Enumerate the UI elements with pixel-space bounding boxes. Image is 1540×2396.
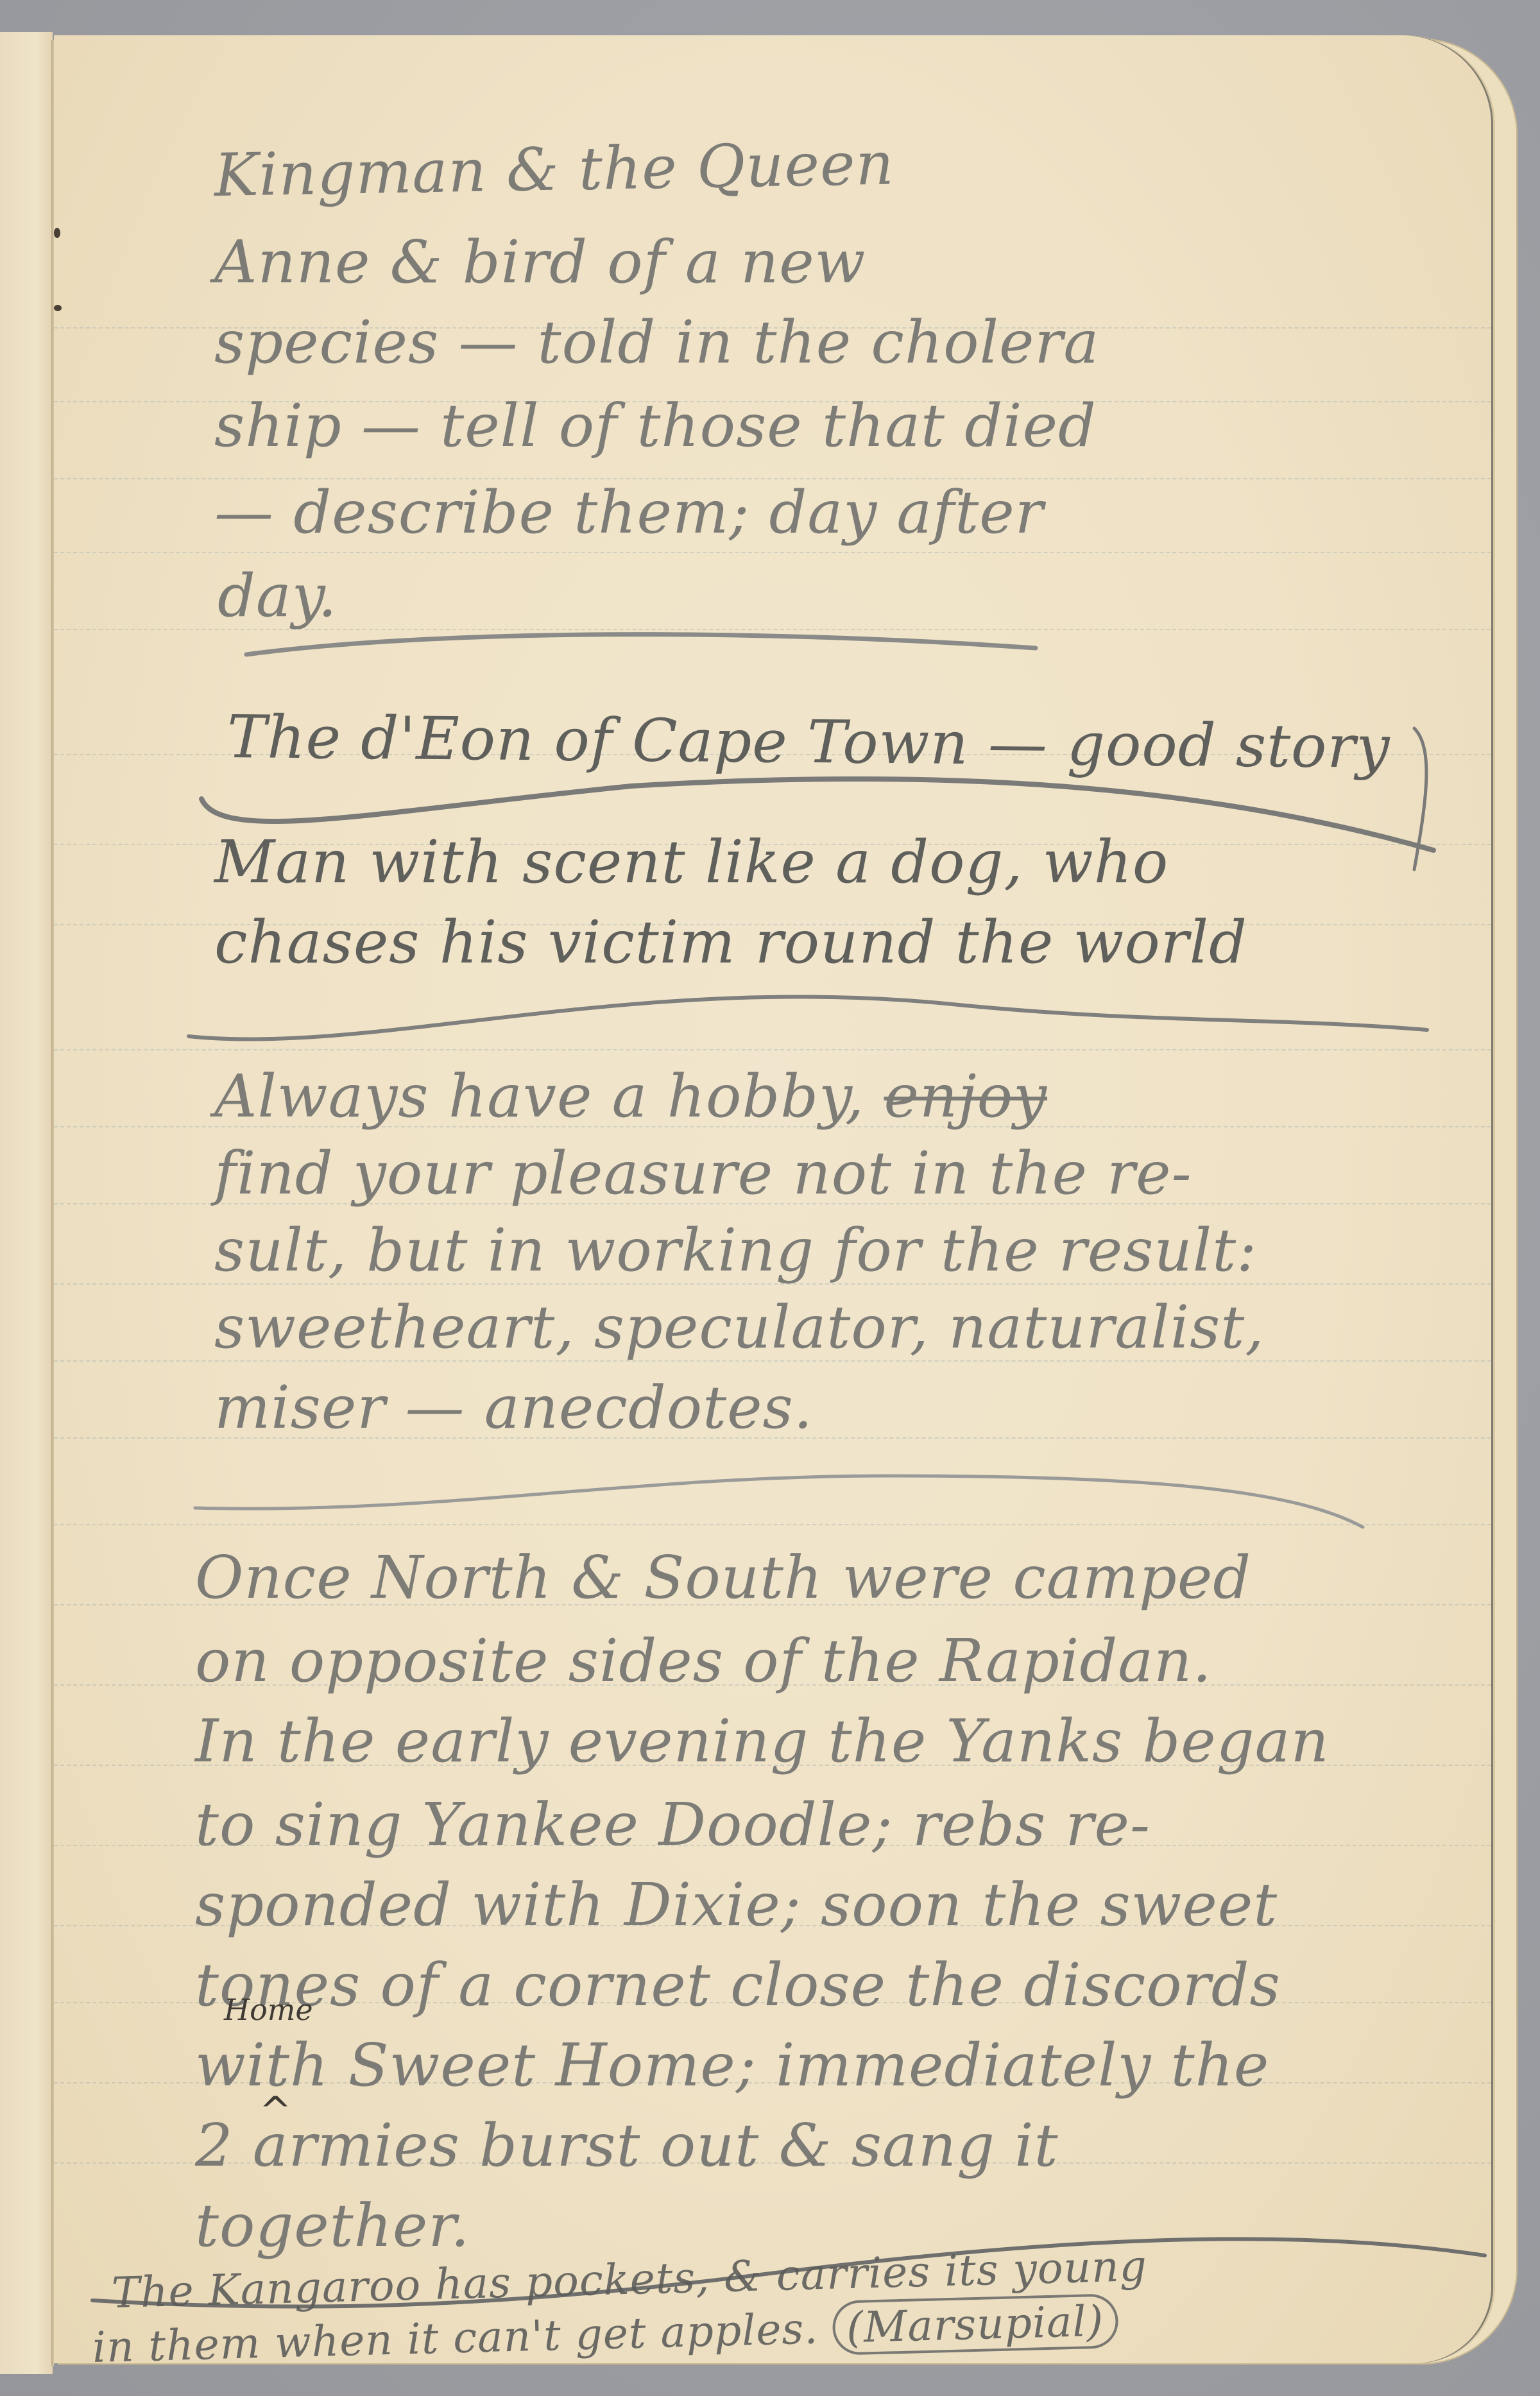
circled-note: (Marsupial) [832, 2293, 1118, 2356]
handwritten-line: 2 armies burst out & sang it [195, 2111, 1059, 2180]
handwritten-line: sponded with Dixie; soon the sweet [195, 1870, 1278, 1939]
handwritten-line: Always have a hobby, enjoy [214, 1062, 1047, 1131]
handwritten-line: tones of a cornet close the discords [195, 1951, 1281, 2019]
notebook-spine [51, 40, 54, 2366]
handwritten-line: to sing Yankee Doodle; rebs re- [195, 1790, 1151, 1859]
handwritten-line: Once North & South were camped [195, 1543, 1251, 1612]
ruled-line [54, 552, 1491, 553]
handwritten-line: sweetheart, speculator, naturalist, [214, 1293, 1265, 1362]
handwritten-line: species — told in the cholera [214, 308, 1099, 377]
handwritten-line: chases his victim round the world [214, 908, 1247, 977]
handwritten-line: In the early evening the Yanks began [195, 1707, 1330, 1776]
handwritten-line: day. [218, 561, 338, 630]
handwritten-line: together. [195, 2191, 470, 2260]
struck-word: enjoy [884, 1062, 1047, 1131]
separator-stroke [54, 966, 1491, 1068]
handwritten-line: on opposite sides of the Rapidan. [195, 1627, 1212, 1695]
handwritten-line: Anne & bird of a new [214, 228, 866, 296]
handwritten-line: Man with scent like a dog, who [214, 828, 1168, 896]
handwritten-line: Kingman & the Queen [214, 130, 894, 210]
handwritten-line: find your pleasure not in the re- [214, 1139, 1192, 1208]
facing-page-edge [0, 32, 53, 2374]
separator-stroke [54, 1450, 1491, 1553]
inserted-word: Home [224, 1992, 313, 2027]
ink-speck [54, 305, 62, 311]
ink-speck [54, 228, 60, 238]
handwritten-line: with Sweet Home; immediately the [195, 2031, 1269, 2100]
handwritten-line: ship — tell of those that died [214, 391, 1097, 460]
handwritten-line: The d'Eon of Cape Town — good story [227, 703, 1390, 782]
line-text: Always have a hobby, [214, 1062, 864, 1131]
handwritten-line: sult, but in working for the result: [214, 1216, 1257, 1285]
handwritten-line: miser — anecdotes. [214, 1373, 813, 1442]
notebook-page: Kingman & the Queen Anne & bird of a new… [54, 35, 1491, 2363]
handwritten-line: — describe them; day after [214, 478, 1044, 547]
